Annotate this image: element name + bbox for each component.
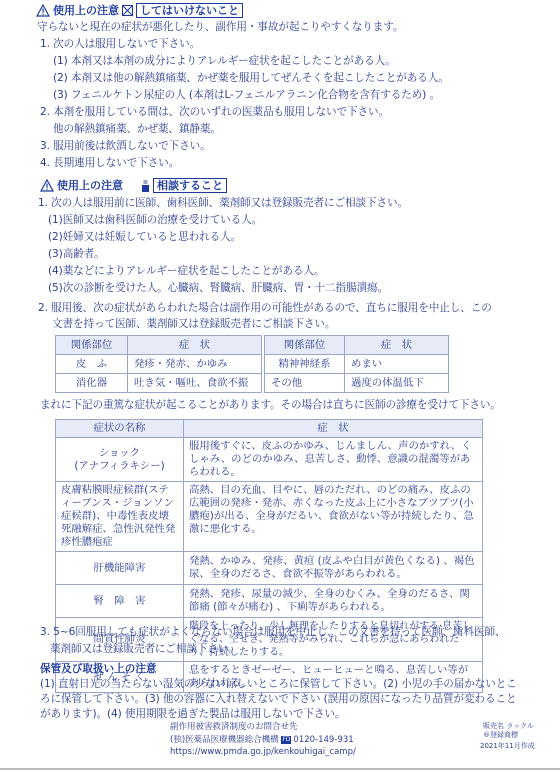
section-title: 使用上の注意 (53, 4, 119, 18)
table-row: ショック (アナフィラキシー) 服用後すぐに、皮ふのかゆみ、じんましん、声のかす… (56, 438, 483, 482)
table-header: 関係部位 (56, 336, 128, 355)
page-bottom-divider (0, 768, 560, 770)
list-item-continuation: 文書を持って医師、薬剤師又は登録販売者にご相談下さい。 (52, 318, 335, 331)
symptom-table-left: 関係部位 症 状 皮 ふ 発疹・発赤、かゆみ 消化器 吐き気・嘔吐、食欲不振 (55, 335, 262, 393)
brand-name: 販売名 ラックル (483, 722, 534, 731)
table-row: 精神神経系 めまい (265, 355, 449, 374)
table-header: 症 状 (128, 336, 262, 355)
relief-contact-org: (独)医薬品医療機器総合機構 FD0120-149-931 (170, 735, 354, 746)
table-row: 消化器 吐き気・嘔吐、食欲不振 (56, 374, 262, 393)
storage-text-line: (1) 直射日光の当たらない湿気の少ない涼しいところに保管して下さい。(2) 小… (40, 678, 517, 691)
symptom-table-right: 関係部位 症 状 精神神経系 めまい その他 過度の体温低下 (264, 335, 449, 393)
table-row: 皮 ふ 発疹・発赤、かゆみ (56, 355, 262, 374)
table-row: 肝機能障害 発熱、かゆみ、発疹、黄疸 (皮ふや白目が黄色くなる) 、褐色尿、全身… (56, 552, 483, 585)
list-subitem: (5)次の診断を受けた人。心臓病、腎臓病、肝臓病、胃・十二指腸潰瘍。 (48, 282, 388, 295)
table-header: 関係部位 (265, 336, 345, 355)
table-row: 皮膚粘膜眼症候群(スティーブンス・ジョンソン症候群)、中毒性表皮壊死融解症、急性… (56, 482, 483, 552)
list-item: 1. 次の人は服用前に医師、歯科医師、薬剤師又は登録販売者にご相談下さい。 (38, 197, 408, 210)
section-header-consult: 使用上の注意 相談すること (40, 178, 227, 193)
section-title: 使用上の注意 (57, 179, 123, 193)
document-page: 使用上の注意 してはいけないこと 守らないと現在の症状が悪化したり、副作用・事故… (0, 0, 560, 772)
medicine-bottle-icon (141, 179, 150, 192)
storage-text-line: があります)。(4) 使用期限を過ぎた製品は服用しないで下さい。 (40, 708, 345, 721)
table-header: 症 状 (345, 336, 449, 355)
serious-intro-text: まれに下記の重篤な症状が起こることがあります。その場合は直ちに医師の診療を受けて… (40, 399, 501, 412)
table-header: 症状の名称 (56, 420, 184, 438)
list-subitem: (3) フェニルケトン尿症の人 (本剤はL-フェニルアラニン化合物を含有するため… (53, 89, 440, 102)
list-item: 1. 次の人は服用しないで下さい。 (40, 38, 200, 51)
list-item: 2. 服用後、次の症状があらわれた場合は副作用の可能性があるので、直ちに服用を中… (38, 302, 492, 315)
relief-contact-title: 副作用被害救済制度のお問合せ先 (170, 722, 298, 733)
list-subitem: (2) 本剤又は他の解熱鎮痛薬、かぜ薬を服用してぜんそくを起こしたことがある人。 (53, 72, 449, 85)
list-item: 3. 5~6回服用しても症状がよくならない場合は服用を中止し、この文書を持って医… (40, 626, 505, 639)
list-item: 2. 本剤を服用している間は、次のいずれの医薬品も服用しないで下さい。 (40, 106, 389, 119)
free-dial-icon: FD (281, 736, 291, 744)
intro-text: 守らないと現在の症状が悪化したり、副作用・事故が起こりやすくなります。 (37, 21, 403, 34)
list-subitem: (4)薬などによりアレルギー症状を起こしたことがある人。 (48, 265, 324, 278)
list-subitem: (1) 本剤又は本剤の成分によりアレルギー症状を起こしたことがある人。 (53, 55, 396, 68)
phone-number: 0120-149-931 (293, 735, 353, 745)
warning-triangle-icon (36, 4, 50, 17)
org-name: (独)医薬品医療機器総合機構 (170, 735, 279, 745)
relief-url-link[interactable]: https://www.pmda.go.jp/kenkouhigai_camp/ (170, 747, 356, 758)
creation-date: 2021年11月作成 (480, 742, 535, 751)
list-subitem: (3)高齢者。 (48, 248, 105, 261)
section-label: 相談すること (153, 178, 227, 193)
prohibited-x-icon (122, 5, 133, 16)
list-item: 4. 長期連用しないで下さい。 (40, 157, 179, 170)
warning-triangle-icon (40, 179, 54, 192)
list-subitem: 他の解熱鎮痛薬、かぜ薬、鎮静薬。 (53, 123, 221, 136)
table-row: その他 過度の体温低下 (265, 374, 449, 393)
table-row: 腎 障 害 発熱、発疹、尿量の減少、全身のむくみ、全身のだるさ、関節痛 (節々が… (56, 585, 483, 618)
list-item: 3. 服用前後は飲酒しないで下さい。 (40, 140, 211, 153)
table-header: 症 状 (184, 420, 483, 438)
storage-title: 保管及び取扱い上の注意 (40, 663, 157, 676)
list-item-continuation: 薬剤師又は登録販売者にご相談下さい。 (50, 643, 239, 656)
storage-text-line: ろに保管して下さい。(3) 他の容器に入れ替えないで下さい (誤用の原因になった… (40, 693, 517, 706)
section-header-prohibited: 使用上の注意 してはいけないこと (36, 3, 243, 18)
trademark-note: ®登録商標 (483, 731, 518, 740)
list-subitem: (1)医師又は歯科医師の治療を受けている人。 (48, 214, 262, 227)
section-label: してはいけないこと (136, 3, 243, 18)
list-subitem: (2)妊婦又は妊娠していると思われる人。 (48, 231, 241, 244)
